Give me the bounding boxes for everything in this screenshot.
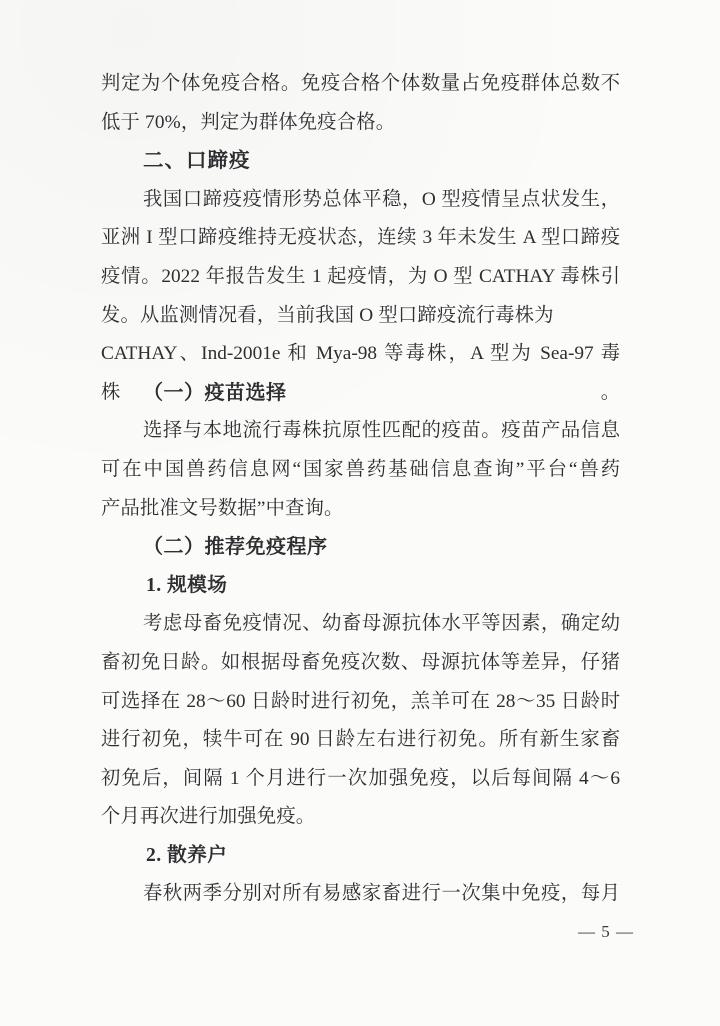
page-number: — 5 — [566,922,646,942]
document-line: 选择与本地流行毒株抗原性匹配的疫苗。疫苗产品信息 [101,412,620,451]
document-line: CATHAY、Ind-2001e 和 Mya-98 等毒株，A 型为 Sea-9… [101,335,620,374]
document-line: 亚洲 I 型口蹄疫维持无疫状态，连续 3 年未发生 A 型口蹄疫 [101,219,620,258]
document-line: 个月再次进行加强免疫。 [101,798,620,837]
document-line: 初免后，间隔 1 个月进行一次加强免疫，以后每间隔 4～6 [101,760,620,799]
document-line: 进行初免，犊牛可在 90 日龄左右进行初免。所有新生家畜 [101,721,620,760]
document-line: 考虑母畜免疫情况、幼畜母源抗体水平等因素，确定幼 [101,605,620,644]
section-heading: 2. 散养户 [101,837,620,876]
document-line: 判定为个体免疫合格。免疫合格个体数量占免疫群体总数不 [101,65,620,104]
section-heading: 二、口蹄疫 [101,142,620,181]
document-line: 疫情。2022 年报告发生 1 起疫情，为 O 型 CATHAY 毒株引 [101,258,620,297]
document-line: 可在中国兽药信息网“国家兽药基础信息查询”平台“兽药 [101,451,620,490]
document-line: 发。从监测情况看，当前我国 O 型口蹄疫流行毒株为 [101,297,620,336]
document-line: 可选择在 28～60 日龄时进行初免，羔羊可在 28～35 日龄时 [101,683,620,722]
section-heading: 1. 规模场 [101,567,620,606]
document-page: 判定为个体免疫合格。免疫合格个体数量占免疫群体总数不低于 70%，判定为群体免疫… [0,0,720,1026]
document-line: 春秋两季分别对所有易感家畜进行一次集中免疫，每月 [101,875,620,914]
document-line: 产品批准文号数据”中查询。 [101,490,620,529]
section-heading: （二）推荐免疫程序 [101,528,620,567]
document-line: 我国口蹄疫疫情形势总体平稳，O 型疫情呈点状发生， [101,181,620,220]
document-line: 畜初免日龄。如根据母畜免疫次数、母源抗体等差异，仔猪 [101,644,620,683]
document-line: 低于 70%，判定为群体免疫合格。 [101,104,620,143]
document-body: 判定为个体免疫合格。免疫合格个体数量占免疫群体总数不低于 70%，判定为群体免疫… [101,65,620,914]
